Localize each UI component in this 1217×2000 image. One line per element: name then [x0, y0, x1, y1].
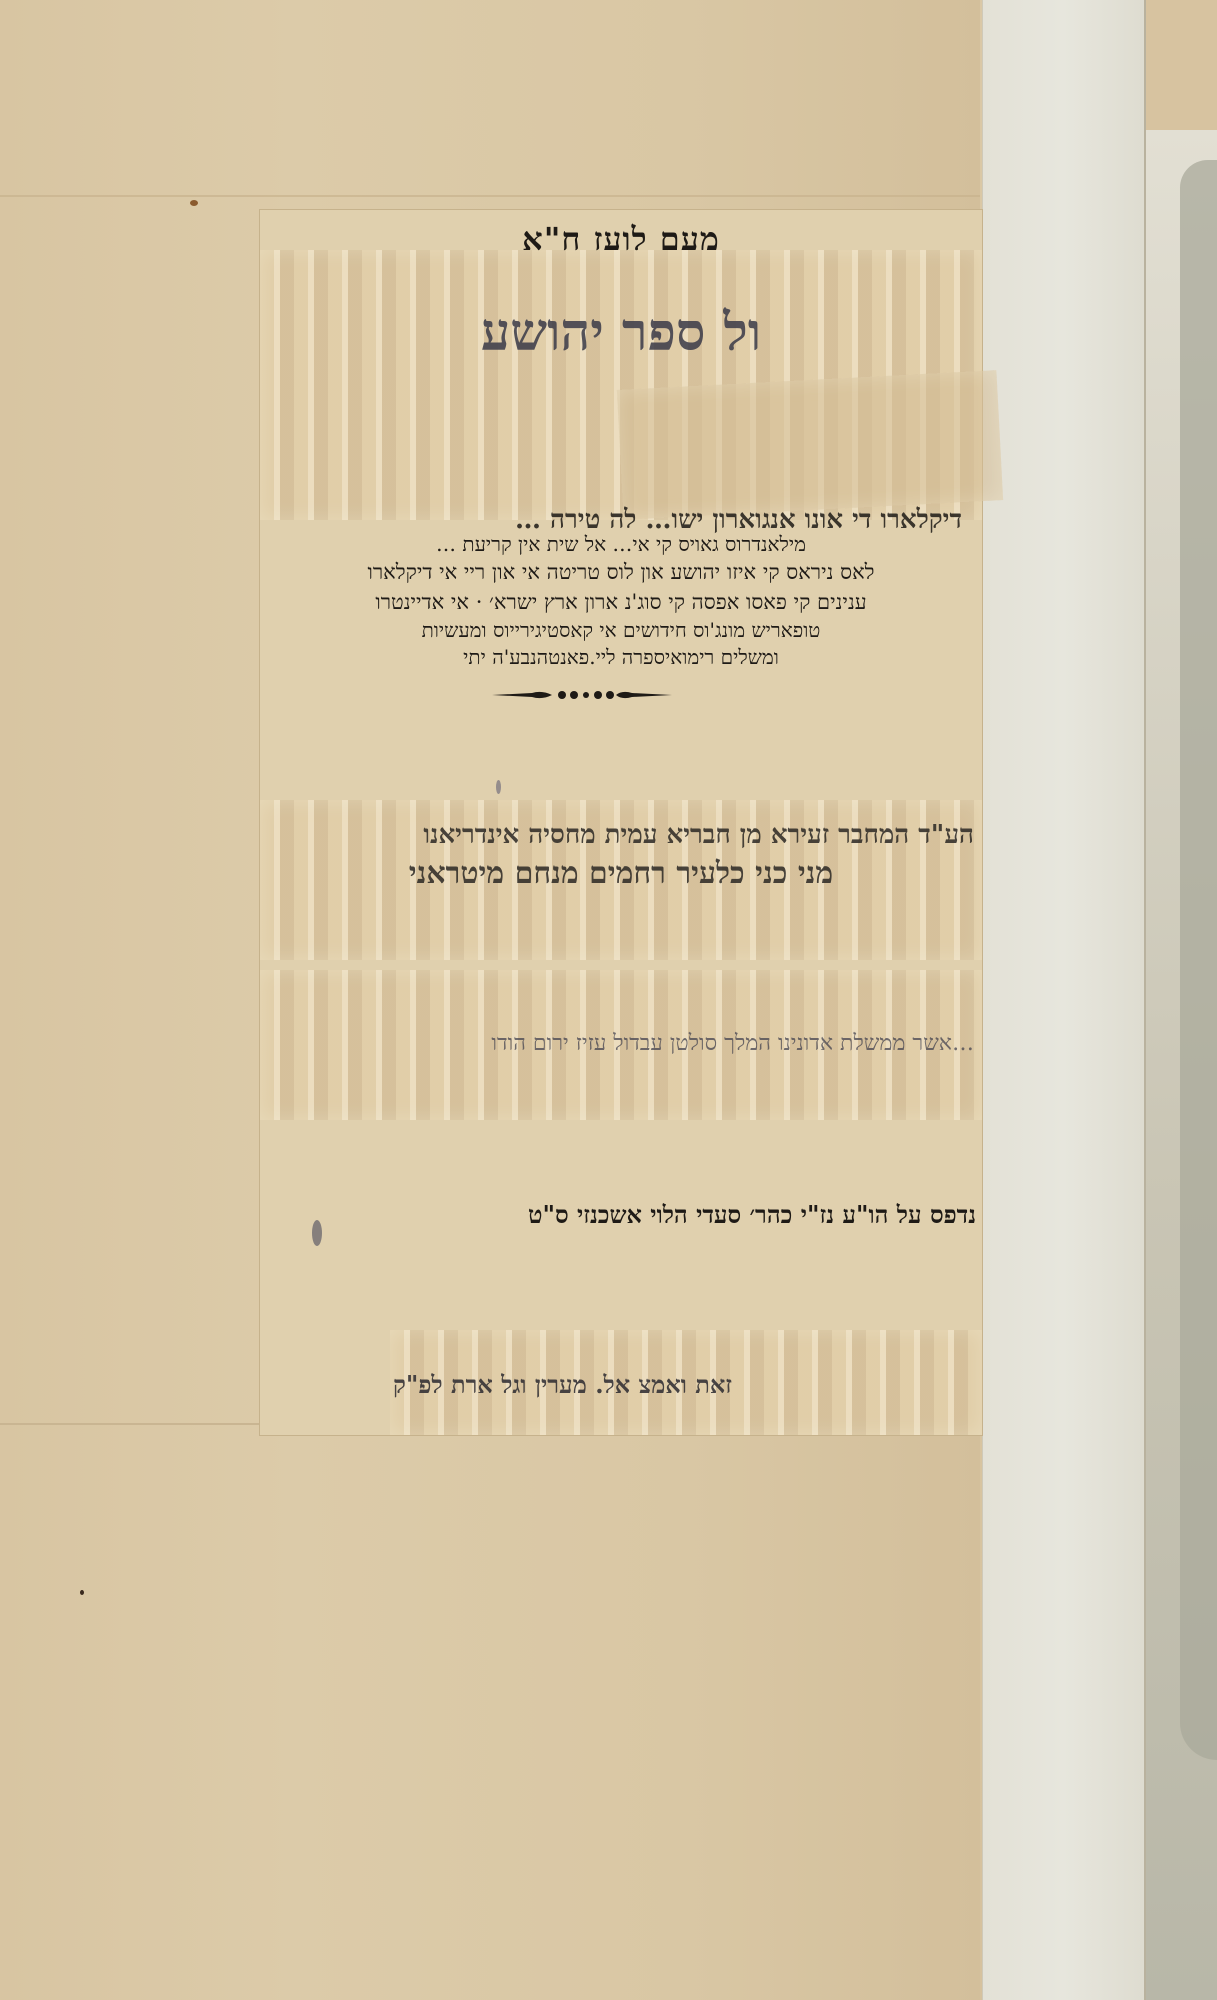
ink-mark — [496, 780, 501, 794]
backing-fold-line — [0, 1423, 260, 1425]
body-line: ומשלים רימואיספרה ליי.פאנטהנבע'ה יתי — [260, 645, 982, 670]
date-line: זאת ואמצ אל. מערין וגל ארת לפ"ק — [260, 1370, 982, 1400]
stain — [1180, 160, 1217, 1760]
tape-piece — [617, 370, 1003, 520]
body-line: לאס ניראס קי איזו יהושע און לוס טריטה אי… — [260, 560, 982, 585]
author-name: מני כני כלעיר רחמים מנחם מיטראני — [260, 856, 982, 891]
body-line: טופאריש מונג'וס חידושים אי קאסטיגירייוס … — [260, 618, 982, 643]
faded-line: …אשר ממשלת אדונינו המלך סולטן עבדול עזיז… — [260, 1030, 982, 1056]
backing-fold-line — [0, 195, 980, 197]
header-line: מעם לועז ח"א — [260, 220, 982, 258]
printer-line: נדפס על הו"ע נז"י כהר׳ סעדי הלוי אשכנזי … — [260, 1200, 982, 1230]
stain-spot — [80, 1590, 84, 1595]
body-line: מילאנדרוס גאויס קי אי… אל שית אין קריעת … — [260, 532, 982, 557]
page-title: ול ספר יהושע — [260, 302, 982, 363]
ornament-divider-icon — [492, 690, 672, 700]
stain-spot — [190, 200, 198, 206]
body-line: ענינים קי פאסו אפסה קי סוג'נ ארון ארץ יש… — [260, 590, 982, 615]
body-line: דיקלארו די אונו אנגוארון ישו… לה טירה … — [260, 505, 982, 535]
title-page-sheet: מעם לועז ח"א ול ספר יהושע דיקלארו די אונ… — [260, 210, 982, 1435]
author-line: הע"ד המחבר זעירא מן חבריא עמית מחסיה אינ… — [260, 820, 982, 850]
ink-blot — [312, 1220, 322, 1246]
paper-binding-strip — [982, 0, 1145, 2000]
